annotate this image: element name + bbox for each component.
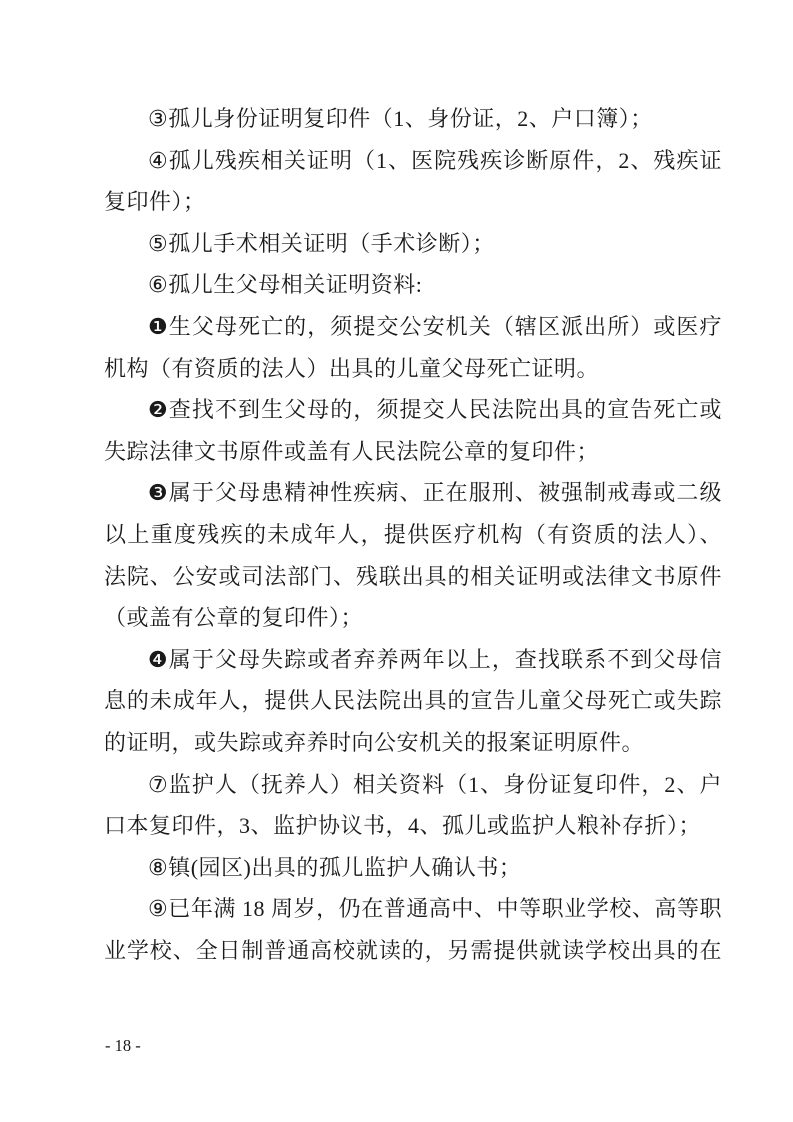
page-number: - 18 - <box>105 1036 141 1056</box>
text-line: ⑨已年满 18 周岁，仍在普通高中、中等职业学校、高等职 <box>104 888 722 930</box>
text-line: ⑦监护人（抚养人）相关资料（1、身份证复印件，2、户 <box>104 764 722 806</box>
text-line: （或盖有公章的复印件）； <box>104 597 722 639</box>
document-text-block: ③孤儿身份证明复印件（1、身份证，2、户口簿）；④孤儿残疾相关证明（1、医院残疾… <box>104 98 722 971</box>
text-line: 复印件）； <box>104 181 722 223</box>
text-line: ⑥孤儿生父母相关证明资料: <box>104 264 722 306</box>
text-line: 以上重度残疾的未成年人，提供医疗机构（有资质的法人）、 <box>104 514 722 556</box>
text-line: 法院、公安或司法部门、残联出具的相关证明或法律文书原件 <box>104 556 722 598</box>
text-line: ❹属于父母失踪或者弃养两年以上，查找联系不到父母信 <box>104 639 722 681</box>
document-page: ③孤儿身份证明复印件（1、身份证，2、户口簿）；④孤儿残疾相关证明（1、医院残疾… <box>0 0 793 1122</box>
text-line: 息的未成年人，提供人民法院出具的宣告儿童父母死亡或失踪 <box>104 680 722 722</box>
text-line: 业学校、全日制普通高校就读的，另需提供就读学校出具的在 <box>104 930 722 972</box>
text-line: ⑧镇(园区)出具的孤儿监护人确认书； <box>104 847 722 889</box>
text-line: ③孤儿身份证明复印件（1、身份证，2、户口簿）； <box>104 98 722 140</box>
text-line: ❶生父母死亡的，须提交公安机关（辖区派出所）或医疗 <box>104 306 722 348</box>
text-line: 机构（有资质的法人）出具的儿童父母死亡证明。 <box>104 348 722 390</box>
text-line: ❷查找不到生父母的，须提交人民法院出具的宣告死亡或 <box>104 389 722 431</box>
text-line: ④孤儿残疾相关证明（1、医院残疾诊断原件，2、残疾证 <box>104 140 722 182</box>
text-line: ❸属于父母患精神性疾病、正在服刑、被强制戒毒或二级 <box>104 472 722 514</box>
text-line: 失踪法律文书原件或盖有人民法院公章的复印件； <box>104 431 722 473</box>
text-line: 口本复印件，3、监护协议书，4、孤儿或监护人粮补存折）； <box>104 805 722 847</box>
text-line: ⑤孤儿手术相关证明（手术诊断）； <box>104 223 722 265</box>
text-line: 的证明，或失踪或弃养时向公安机关的报案证明原件。 <box>104 722 722 764</box>
